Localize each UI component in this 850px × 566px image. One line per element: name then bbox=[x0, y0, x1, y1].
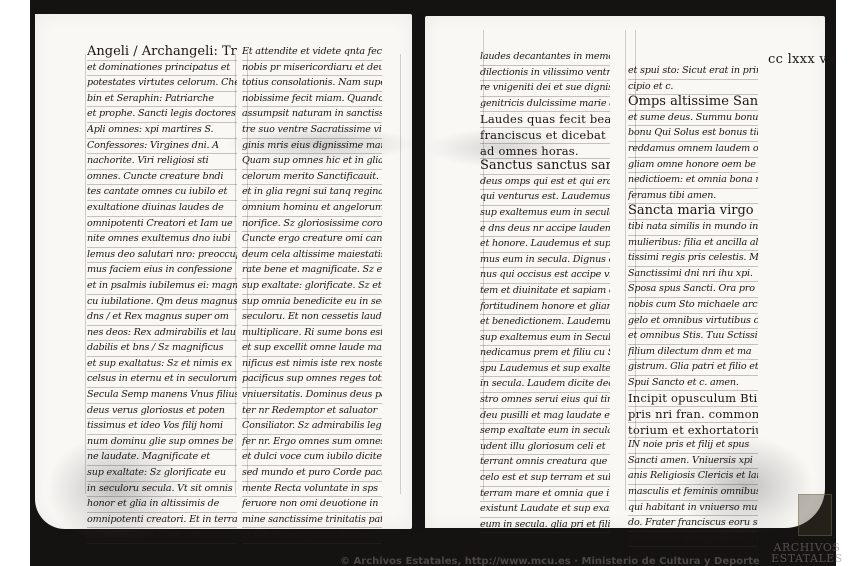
text-line: semp exaltate eum in secula. La bbox=[480, 424, 610, 440]
text-line: vniuersitatis. Dominus deus pa bbox=[242, 388, 382, 404]
text-line: Sanctissimi dni nri ihu xpi. bbox=[628, 267, 758, 283]
text-line: omnium hominu et angelorum ho bbox=[242, 201, 382, 217]
text-line: genitricis dulcissime marie ame bbox=[480, 97, 610, 113]
text-line: dns / et Rex magnus super om bbox=[87, 310, 237, 326]
text-line: feruore non omi deuotione in ne bbox=[242, 497, 382, 513]
text-line: potestates virtutes celorum. Cheru bbox=[87, 76, 237, 92]
text-line: et in glia regni sui tanq regina bbox=[242, 185, 382, 201]
section-heading: ad omnes horas. bbox=[480, 144, 610, 160]
text-line: masculis et feminis omnibus bbox=[628, 485, 758, 501]
text-line: pacificus sup omnes reges totius bbox=[242, 372, 382, 388]
text-line: tes cantate omnes cu iubilo et bbox=[87, 185, 237, 201]
text-line: et dulci voce cum iubilo dicite no bbox=[242, 450, 382, 466]
text-line: tissimi regis pris celestis. Mr bbox=[628, 251, 758, 267]
text-line: mus eum in secula. Dignus est ag bbox=[480, 253, 610, 269]
text-line: et dominationes principatus et bbox=[87, 61, 237, 77]
archive-name-line2: ESTATALES bbox=[762, 553, 850, 564]
text-line: mine sanctissime trinitatis patris bbox=[242, 513, 382, 529]
text-line: celorum merito Sanctificauit. Sz bbox=[242, 170, 382, 186]
left-page-column-2: Et attendite et videte qnta fecit nobis … bbox=[242, 45, 382, 544]
text-line: in seculoru secula. Vt sit omnis bbox=[87, 482, 237, 498]
text-line: tem et diuinitate et sapiam et bbox=[480, 284, 610, 300]
text-line: filium dilectum dnm et ma bbox=[628, 345, 758, 361]
text-line: tibi nata similis in mundo in bbox=[628, 220, 758, 236]
text-line: et honore. Laudemus et sup exalte bbox=[480, 237, 610, 253]
text-line: omnes. Cuncte creature bndi bbox=[87, 170, 237, 186]
text-line: mus faciem eius in confessione bbox=[87, 263, 237, 279]
text-line: gelo et omnibus virtutibus celor bbox=[628, 314, 758, 330]
margin-ruling bbox=[85, 54, 86, 494]
text-line: terrant omnis creatura que in bbox=[480, 455, 610, 471]
text-line: Et attendite et videte qnta fecit bbox=[242, 45, 382, 61]
text-line: spu Laudemus et sup exaltemus eu bbox=[480, 362, 610, 378]
text-line: et omnibus Stis. Tuu Sctissimu bbox=[628, 329, 758, 345]
text-line: IN noie pris et filij et spus bbox=[628, 438, 758, 454]
text-line: sup exaltemus eum in Secula. Be bbox=[480, 331, 610, 347]
text-line: Cuncte ergo creature omi cantate bbox=[242, 232, 382, 248]
text-line: et sup exaltatus: Sz et nimis ex bbox=[87, 357, 237, 373]
text-line: nobis pr misericordiaru et deus bbox=[242, 61, 382, 77]
text-line: nificus est nimis iste rex noster bbox=[242, 357, 382, 373]
text-line: num dominu glie sup omnes be bbox=[87, 435, 237, 451]
text-line: Sposa spus Sancti. Ora pro bbox=[628, 282, 758, 298]
text-line: celsus in eternu et in seculorum bbox=[87, 372, 237, 388]
text-line: Sancti amen. Vniuersis xpi bbox=[628, 454, 758, 470]
text-line: et in psalmis iubilemus ei: magna bbox=[87, 279, 237, 295]
text-line: dilectionis in vilissimo ventre bbox=[480, 66, 610, 82]
text-line: sed mundo et puro Corde pacifica bbox=[242, 466, 382, 482]
text-line: multiplicare. Ri sume bons est: bbox=[242, 326, 382, 342]
text-line: laudes decantantes in memoria bbox=[480, 50, 610, 66]
text-line: anis Religiosis Clericis et laicis bbox=[628, 469, 758, 485]
text-line: Sanctus sanctus sanctus dns bbox=[480, 159, 610, 175]
text-line: seculoru. Et non cessetis laudes bbox=[242, 310, 382, 326]
text-line: Apli omnes: xpi martires S. bbox=[87, 123, 237, 139]
text-line: assumpsit naturam in sanctissimo ve bbox=[242, 107, 382, 123]
archive-logo-icon bbox=[798, 494, 832, 536]
text-line: sup exaltate: glorificate. Sz et bbox=[242, 279, 382, 295]
text-line: fortitudinem honore et gliam bbox=[480, 300, 610, 316]
text-line: mente Recta voluntate in sps bbox=[242, 482, 382, 498]
section-heading: pris nri fran. commoni bbox=[628, 407, 758, 423]
text-line: feramus tibi amen. bbox=[628, 189, 758, 205]
text-line: qui venturus est. Laudemus et bbox=[480, 190, 610, 206]
text-line: qui habitant in vniuerso mu bbox=[628, 501, 758, 517]
text-line: gliam omne honore oem be bbox=[628, 158, 758, 174]
text-line: exultatione diuinas laudes de bbox=[87, 201, 237, 217]
section-heading: franciscus et dicebat cas bbox=[480, 128, 610, 144]
book-gutter bbox=[412, 14, 425, 534]
text-line: omnipotenti Creatori et Iam ue bbox=[87, 217, 237, 233]
text-line: et benedictionem. Laudemus et bbox=[480, 315, 610, 331]
text-line: bonu Qui Solus est bonus tibi bbox=[628, 126, 758, 142]
text-line: eum in secula. glia pri et filio bbox=[480, 518, 610, 534]
text-line: deus verus gloriosus et poten bbox=[87, 404, 237, 420]
text-line: dabilis et bns / Sz magnificus bbox=[87, 341, 237, 357]
text-line: do. Frater franciscus eoru seruus bbox=[628, 516, 758, 532]
text-line: honor et glia in altissimis de bbox=[87, 497, 237, 513]
text-line: lemus deo salutari nro: preoccupe bbox=[87, 248, 237, 264]
text-line: terram mare et omnia que in bbox=[480, 487, 610, 503]
text-line: nachorite. Viri religiosi sti bbox=[87, 154, 237, 170]
text-line: rate bene et magnificate. Sz et bbox=[242, 263, 382, 279]
text-line: gistrum. Glia patri et filio et bbox=[628, 360, 758, 376]
text-line: pax hominibus bone voluntatis bbox=[87, 528, 237, 544]
text-line: et sume deus. Summu bonu: et bbox=[628, 111, 758, 127]
text-line: et filij et spus sancti diuinas bbox=[242, 528, 382, 544]
text-line: ne laudate. Magnificate et bbox=[87, 450, 237, 466]
text-line: deum cela altissime maiestatis ado bbox=[242, 248, 382, 264]
text-line: ter nr Redemptor et saluator bbox=[242, 404, 382, 420]
text-line: tre suo ventre Sacratissime vir bbox=[242, 123, 382, 139]
text-line: et prophe. Sancti legis doctores bbox=[87, 107, 237, 123]
text-line: nedicamus prem et filiu cu Sto bbox=[480, 346, 610, 362]
text-line: sup exaltate: Sz glorificate eu bbox=[87, 466, 237, 482]
text-line: deu pusilli et mag laudate et bbox=[480, 409, 610, 425]
text-line: sup exaltemus eum in secula. Dign bbox=[480, 206, 610, 222]
margin-ruling bbox=[400, 54, 401, 494]
text-line: Secula Semp manens Vnus filius bbox=[87, 388, 237, 404]
section-heading: Laudes quas fecit beat bbox=[480, 112, 610, 128]
copyright-watermark: © Archivos Estatales, http://www.mcu.es … bbox=[340, 556, 760, 566]
text-line: nobis cum Sto michaele archa bbox=[628, 298, 758, 314]
text-line: Sancta maria virgo no est bbox=[628, 204, 758, 220]
left-page-column-1: Angeli / Archangeli: Troni et domination… bbox=[87, 45, 237, 544]
text-line: et sup excellit omne laude mag bbox=[242, 341, 382, 357]
text-line: deus omps qui est et qui erat et bbox=[480, 175, 610, 191]
text-line: Consiliator. Sz admirabilis legi bbox=[242, 419, 382, 435]
text-line: nes deos: Rex admirabilis et lau bbox=[87, 326, 237, 342]
right-page-column-2: et spui sto: Sicut erat in prin cipio et… bbox=[628, 64, 758, 547]
text-line: nus qui occisus est accipe virtu bbox=[480, 268, 610, 284]
text-line: Quam sup omnes hic et in glia bbox=[242, 154, 382, 170]
text-line: norifice. Sz gloriosissime coronauit. bbox=[242, 217, 382, 233]
text-line: stro omnes serui eius qui timetis bbox=[480, 393, 610, 409]
text-line: sup omnia benedicite eu in secula bbox=[242, 295, 382, 311]
text-line: reddamus omnem laudem oem bbox=[628, 142, 758, 158]
text-line: udent illu gloriosum celi et bbox=[480, 440, 610, 456]
text-line: re vnigeniti dei et sue dignissime bbox=[480, 81, 610, 97]
text-line: Spui Sancto et c. amen. bbox=[628, 376, 758, 392]
right-page-column-1: laudes decantantes in memoria dilectioni… bbox=[480, 50, 610, 533]
text-line: e dns deus nr accipe laudem glia bbox=[480, 222, 610, 238]
section-heading: torium et exhortatorium bbox=[628, 423, 758, 439]
text-line: existunt Laudate et sup exaltate bbox=[480, 502, 610, 518]
text-line: Omps altissime Sanctissime bbox=[628, 95, 758, 111]
text-line: fer nr. Ergo omnes sum omnes bbox=[242, 435, 382, 451]
text-line: in secula. Laudem dicite deo no bbox=[480, 377, 610, 393]
text-line: omnipotenti creatori. Et in terra bbox=[87, 513, 237, 529]
margin-ruling bbox=[625, 30, 626, 510]
text-line: totius consolationis. Nam super bbox=[242, 76, 382, 92]
text-line: nobissime fecit miam. Quando nras bbox=[242, 92, 382, 108]
section-heading: Incipit opusculum Bti bbox=[628, 391, 758, 407]
text-line: celo est et sup terram et subtus bbox=[480, 471, 610, 487]
text-line: nite omnes exultemus dno iubi bbox=[87, 232, 237, 248]
text-line: mulieribus: filia et ancilla al bbox=[628, 236, 758, 252]
text-line: cipio et c. bbox=[628, 80, 758, 96]
text-line: cu iubilatione. Qm deus magnus bbox=[87, 295, 237, 311]
text-line: ginis mris eius dignissime marie bbox=[242, 139, 382, 155]
text-line: Confessores: Virgines dni. A bbox=[87, 139, 237, 155]
text-line: tissimus et ideo Vos filij homi bbox=[87, 419, 237, 435]
text-line: bin et Seraphin: Patriarche bbox=[87, 92, 237, 108]
archive-watermark: ARCHIVOS ESTATALES bbox=[762, 542, 850, 564]
text-line: Angeli / Archangeli: Troni bbox=[87, 45, 237, 61]
folio-number: cc lxxx vii bbox=[768, 52, 836, 67]
text-line: et spui sto: Sicut erat in prin bbox=[628, 64, 758, 80]
text-line: et subditus obsequium cu re bbox=[628, 532, 758, 548]
text-line: nedictioem: et omnia bona re bbox=[628, 173, 758, 189]
